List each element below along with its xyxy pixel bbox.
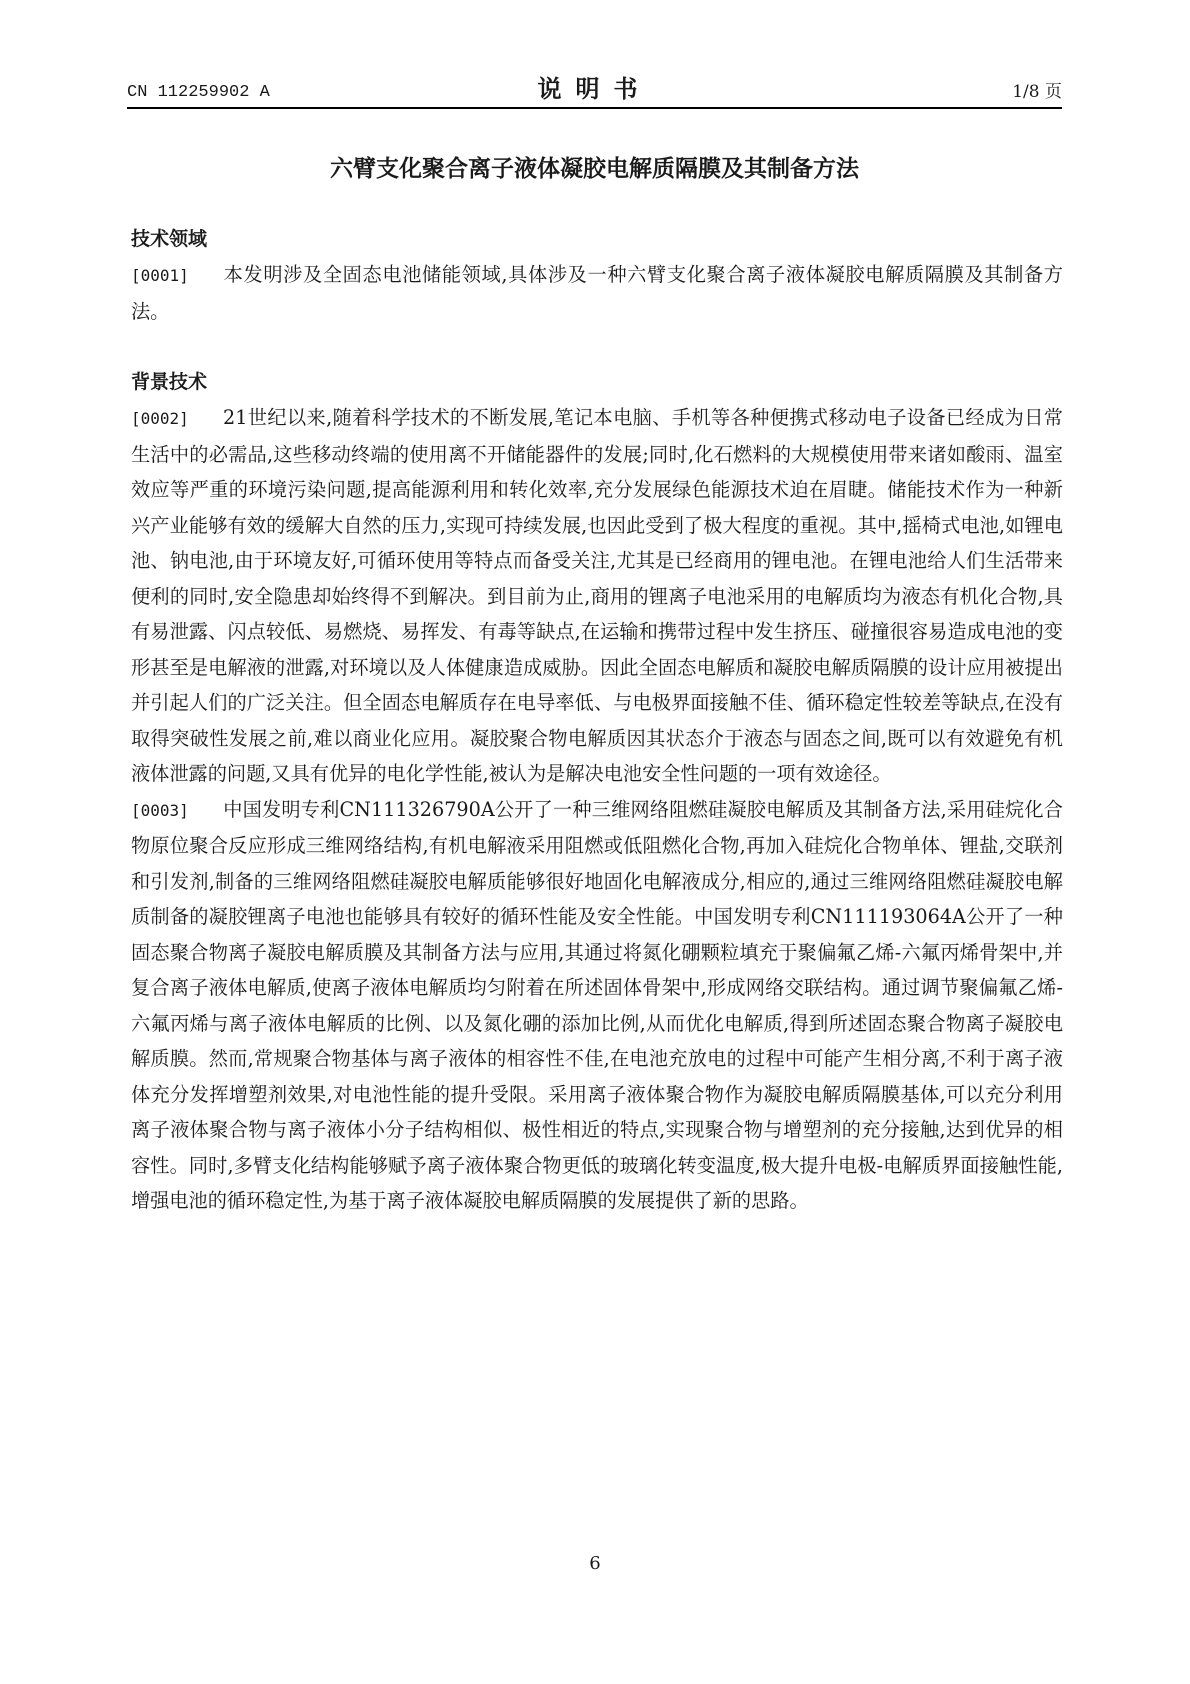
document-title: 六臂支化聚合离子液体凝胶电解质隔膜及其制备方法 xyxy=(127,150,1062,183)
paragraph-text: 中国发明专利CN111326790A公开了一种三维网络阻燃硅凝胶电解质及其制备方… xyxy=(131,798,1063,1213)
paragraph-number: [0003] xyxy=(131,793,223,829)
paragraph-text: 21世纪以来,随着科学技术的不断发展,笔记本电脑、手机等各种便携式移动电子设备已… xyxy=(131,406,1063,785)
paragraph: [0002]21世纪以来,随着科学技术的不断发展,笔记本电脑、手机等各种便携式移… xyxy=(131,400,1063,792)
document-type: 说明书 xyxy=(127,69,1062,104)
section-heading: 技术领域 xyxy=(131,222,1063,257)
page-number: 6 xyxy=(0,1553,1190,1574)
page-indicator: 1/8 页 xyxy=(1012,77,1062,102)
header-divider xyxy=(127,107,1062,109)
paragraph: [0003]中国发明专利CN111326790A公开了一种三维网络阻燃硅凝胶电解… xyxy=(131,792,1063,1219)
paragraph-number: [0002] xyxy=(131,401,223,437)
section-technical-field: 技术领域 [0001]本发明涉及全固态电池储能领域,具体涉及一种六臂支化聚合离子… xyxy=(131,222,1063,329)
section-spacer xyxy=(131,329,1063,365)
paragraph: [0001]本发明涉及全固态电池储能领域,具体涉及一种六臂支化聚合离子液体凝胶电… xyxy=(131,257,1063,329)
page-header: CN 112259902 A 说明书 1/8 页 xyxy=(127,62,1062,108)
paragraph-text: 本发明涉及全固态电池储能领域,具体涉及一种六臂支化聚合离子液体凝胶电解质隔膜及其… xyxy=(131,263,1063,323)
document-body: 技术领域 [0001]本发明涉及全固态电池储能领域,具体涉及一种六臂支化聚合离子… xyxy=(131,222,1063,1219)
paragraph-number: [0001] xyxy=(131,258,223,294)
section-heading: 背景技术 xyxy=(131,365,1063,400)
section-background: 背景技术 [0002]21世纪以来,随着科学技术的不断发展,笔记本电脑、手机等各… xyxy=(131,365,1063,1219)
